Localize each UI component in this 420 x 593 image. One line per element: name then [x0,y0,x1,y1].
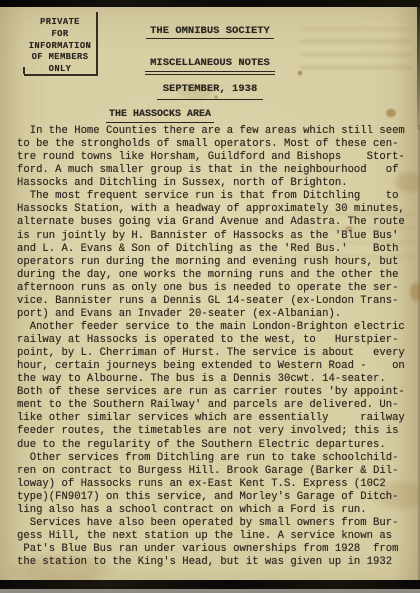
masthead-society: THE OMNIBUS SOCIETY [0,25,420,39]
issue-date: SEPTEMBER, 1938 [157,83,264,100]
scan-edge-bottom-strip [0,589,420,593]
document-page: PRIVATE FOR INFORMATION OF MEMBERS ONLY … [0,0,420,593]
publication-title: MISCELLANEOUS NOTES [145,57,275,75]
scan-edge-bottom [0,580,420,589]
masthead-publication: MISCELLANEOUS NOTES [0,57,420,75]
stamp-line: INFORMATION [24,41,96,53]
article-body: In the Home Counties there are a few are… [17,125,405,569]
society-title: THE OMNIBUS SOCIETY [146,25,274,39]
scan-edge-top [0,0,420,7]
article-title-text: THE HASSOCKS AREA [106,109,214,123]
article-title: THE HASSOCKS AREA [106,109,214,123]
masthead-issue-date: SEPTEMBER, 1938 [0,83,420,100]
